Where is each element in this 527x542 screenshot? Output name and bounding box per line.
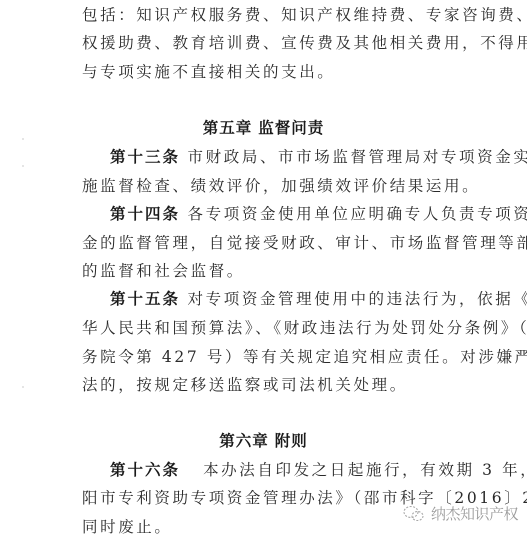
text-line: 法的，按规定移送监察或司法机关处理。 [82, 375, 452, 395]
text-line: 包括：知识产权服务费、知识产权维持费、专家咨询费、维 [82, 5, 452, 25]
chapter-number: 第六章 [219, 432, 269, 450]
text-line: 同时废止。 [82, 517, 452, 537]
article-number: 第十三条 [110, 148, 180, 166]
text-line: 与专项实施不直接相关的支出。 [82, 62, 452, 82]
scan-speck [22, 165, 24, 167]
article-number: 第十四条 [110, 205, 180, 223]
article-text: 对专项资金管理使用中的违法行为，依据《中 [188, 290, 527, 308]
scan-speck [22, 386, 24, 388]
article-13-first-line: 第十三条 市财政局、市市场监督管理局对专项资金实 [110, 147, 480, 167]
watermark: 纳杰知识产权 [403, 503, 518, 524]
chapter-title: 监督问责 [258, 119, 324, 137]
chapter-heading-6: 第六章附则 [0, 431, 527, 451]
document-page: 包括：知识产权服务费、知识产权维持费、专家咨询费、维 权援助费、教育培训费、宣传… [0, 0, 527, 542]
article-text: 市财政局、市市场监督管理局对专项资金实 [188, 148, 527, 166]
chapter-heading-5: 第五章监督问责 [0, 118, 527, 138]
watermark-text: 纳杰知识产权 [431, 503, 518, 524]
text-line: 华人民共和国预算法》、《财政违法行为处罚处分条例》（国 [82, 318, 452, 338]
article-14-first-line: 第十四条 各专项资金使用单位应明确专人负责专项资 [110, 204, 480, 224]
article-text: 各专项资金使用单位应明确专人负责专项资 [188, 205, 527, 223]
scan-speck [22, 138, 24, 140]
text-line: 务院令第 427 号）等有关规定追究相应责任。对涉嫌严重违 [82, 347, 452, 367]
article-16-first-line: 第十六条 本办法自印发之日起施行，有效期 3 年，《邵 [110, 460, 480, 480]
text-line: 施监督检查、绩效评价，加强绩效评价结果运用。 [82, 176, 452, 196]
chapter-number: 第五章 [203, 119, 253, 137]
text-line: 金的监督管理，自觉接受财政、审计、市场监督管理等部门 [82, 233, 452, 253]
article-15-first-line: 第十五条 对专项资金管理使用中的违法行为，依据《中 [110, 289, 480, 309]
wechat-icon [403, 505, 425, 523]
text-line: 的监督和社会监督。 [82, 261, 452, 281]
text-line: 权援助费、教育培训费、宣传费及其他相关费用，不得用于 [82, 33, 452, 53]
article-text: 本办法自印发之日起施行，有效期 3 年，《邵 [203, 461, 527, 479]
text-line: 阳市专利资助专项资金管理办法》（邵市科字〔2016〕2 号） [82, 488, 452, 508]
article-number: 第十六条 [110, 461, 180, 479]
article-number: 第十五条 [110, 290, 180, 308]
chapter-title: 附则 [275, 432, 308, 450]
